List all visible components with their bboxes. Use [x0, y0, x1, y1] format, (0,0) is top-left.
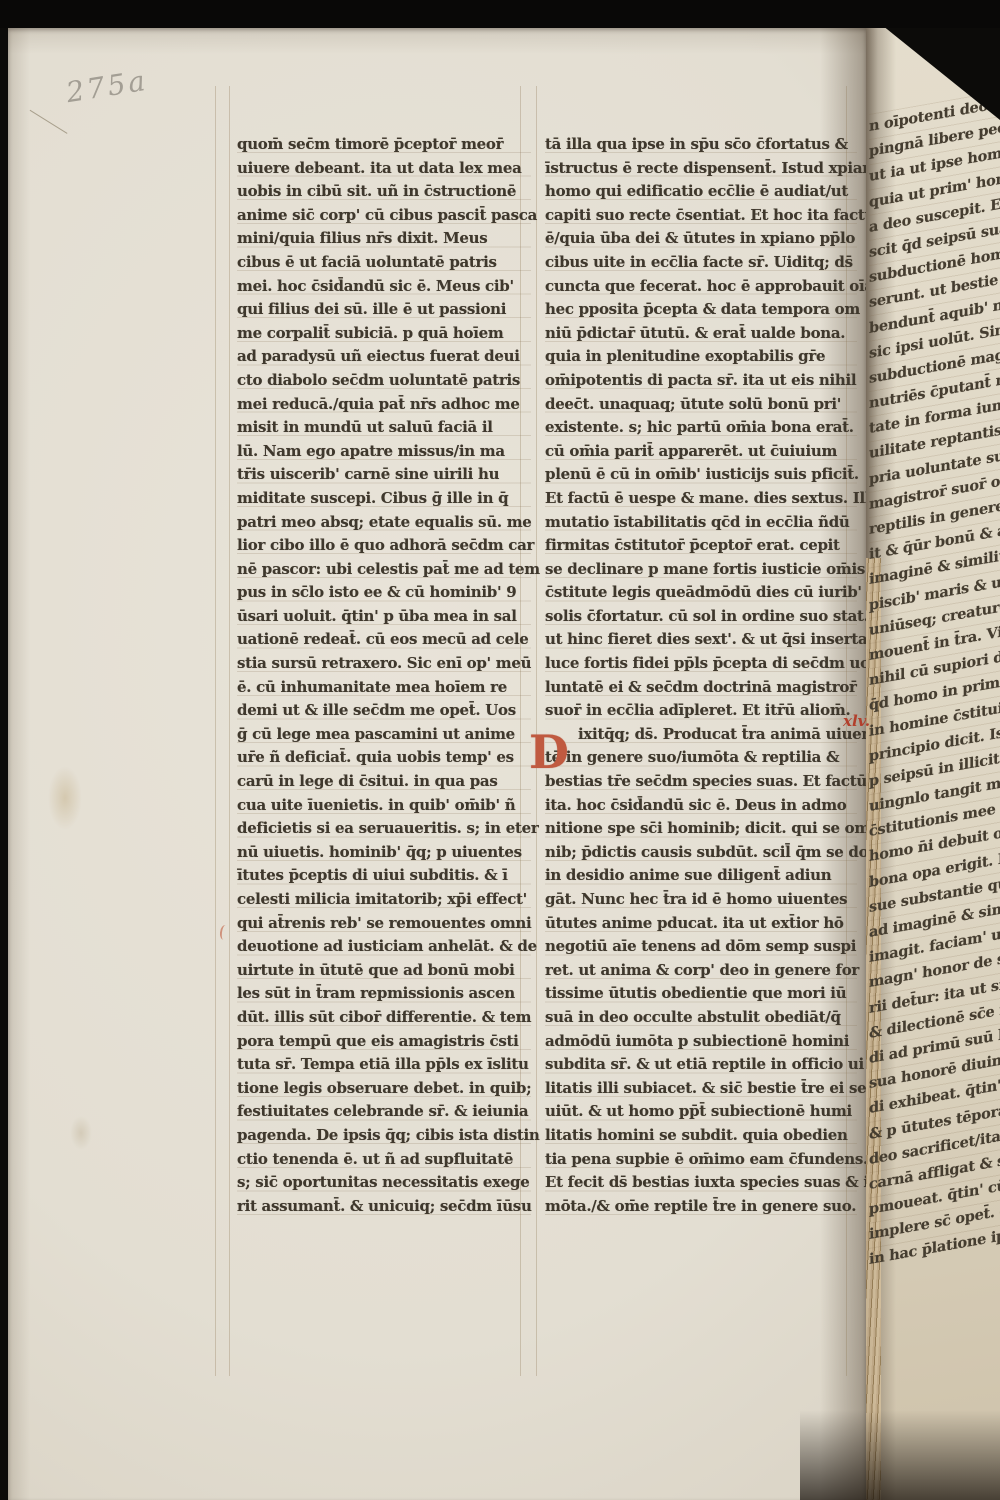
manuscript-line: ctio tenenda ē. ut ñ ad supfluitatē [237, 1148, 531, 1172]
manuscript-line: uationē redeat̄. cū eos mecū ad cele [237, 628, 531, 652]
manuscript-line: luntatē ei & sec̄dm doctrinā magistror̄ [545, 676, 857, 700]
manuscript-line: solis c̄fortatur. cū sol in ordine suo s… [545, 605, 857, 629]
parchment-stain [70, 1116, 92, 1150]
manuscript-line: litatis illi subiacet. & sic̄ bestie t̄r… [545, 1077, 857, 1101]
manuscript-line: demi ut & ille sec̄dm me opet̄. Uos [237, 699, 531, 723]
manuscript-line: dūt. illis sūt cibor̄ differentie. & tem [237, 1006, 531, 1030]
manuscript-line: tuta sr̄. Tempa etiā illa pp̄ls ex īslit… [237, 1053, 531, 1077]
manuscript-line: stia sursū retraxero. Sic enī op' meū [237, 652, 531, 676]
manuscript-line: Et factū ē uespe & mane. dies sextus. Il… [545, 487, 857, 511]
manuscript-line: ur̄e ñ deficiat̄. quia uobis temp' es [237, 746, 531, 770]
manuscript-line: homo qui edificatio ecc̄lie ē audiat/ut [545, 180, 857, 204]
manuscript-line: in desidio anime sue diligent̄ adiun [545, 864, 857, 888]
manuscript-line: tr̄is uiscerib' carnē sine uirili hu [237, 463, 531, 487]
manuscript-line: deec̄t. unaquaq; ūtute solū bonū pri' [545, 393, 857, 417]
manuscript-line: nū uiuetis. hominib' q̄q; p uiuentes [237, 841, 531, 865]
manuscript-line: qui at̄renis reb' se remouentes omni [237, 912, 531, 936]
manuscript-line: lū. Nam ego apatre missus/in ma [237, 440, 531, 464]
manuscript-line: misit in mundū ut saluū faciā il [237, 416, 531, 440]
manuscript-line: cibus uite in ecc̄lia facte sr̄. Uiditq;… [545, 251, 857, 275]
rubricated-initial-d: D [529, 728, 569, 776]
facing-page-edge: n oīpotenti deo in homipingnā libere pec… [866, 28, 1000, 1500]
manuscript-line: me corpalit̄ subiciā. p quā hoīem [237, 322, 531, 346]
manuscript-line: capiti suo recte c̄sentiat. Et hoc ita f… [545, 204, 857, 228]
manuscript-photo: 275a quom̄ sec̄m timorē p̄ceptor̄ meor̄u… [0, 0, 1000, 1500]
manuscript-line: nē pascor: ubi celestis pat̄ me ad tem [237, 558, 531, 582]
manuscript-line: subdita sr̄. & ut etiā reptile in offici… [545, 1053, 857, 1077]
manuscript-line: mei reducā./quia pat̄ nr̄s adhoc me [237, 393, 531, 417]
text-column-left: quom̄ sec̄m timorē p̄ceptor̄ meor̄uiuere… [237, 133, 531, 1218]
manuscript-line: celesti milicia imitatorib; xp̄i effect' [237, 888, 531, 912]
parchment-stain [48, 766, 82, 830]
page-corner-crack [0, 110, 67, 194]
manuscript-line: niū p̄dictar̄ ūtutū. & erat̄ ualde bona. [545, 322, 857, 346]
manuscript-line: quom̄ sec̄m timorē p̄ceptor̄ meor̄ [237, 133, 531, 157]
manuscript-line: qui filius dei sū. ille ē ut passioni [237, 298, 531, 322]
manuscript-line: cuncta que fecerat. hoc ē approbauit oīa [545, 275, 857, 299]
manuscript-line: cibus ē ut faciā uoluntatē patris [237, 251, 531, 275]
manuscript-line: ixitq̄q; ds̄. Producat t̄ra animā uiuen [578, 723, 857, 747]
manuscript-line: pagenda. De ipsis q̄q; cibis ista distin [237, 1124, 531, 1148]
manuscript-line: les sūt in t̄ram repmissionis ascen [237, 982, 531, 1006]
manuscript-line: festiuitates celebrande sr̄. & ieiunia [237, 1100, 531, 1124]
manuscript-line: luce fortis fidei pp̄ls p̄cepta di sec̄d… [545, 652, 857, 676]
manuscript-line: plenū ē cū in om̄ib' iusticijs suis pfic… [545, 463, 857, 487]
manuscript-line: ē. cū inhumanitate mea hoīem re [237, 676, 531, 700]
manuscript-line: litatis homini se subdit. quia obedien [545, 1124, 857, 1148]
manuscript-left-page: 275a quom̄ sec̄m timorē p̄ceptor̄ meor̄u… [8, 28, 866, 1500]
manuscript-line: mutatio īstabilitatis qc̄d in ecc̄lia ñd… [545, 511, 857, 535]
manuscript-line: Et fecit ds̄ bestias iuxta species suas … [545, 1171, 857, 1195]
manuscript-line: s; sic̄ oportunitas necessitatis exege [237, 1171, 531, 1195]
manuscript-line: firmitas c̄stitutor̄ p̄ceptor̄ erat. cep… [545, 534, 857, 558]
manuscript-line: anime sic̄ corp' cū cibus pascit̄ pasca [237, 204, 531, 228]
ruling-line [229, 86, 230, 1376]
backdrop-top-band [0, 0, 1000, 28]
manuscript-line: pus in sc̄lo isto ee & cū hominib' 9 [237, 581, 531, 605]
manuscript-line: quia in plenitudine exoptabilis gr̄e [545, 345, 857, 369]
manuscript-line: pora tempū que eis amagistris c̄sti [237, 1030, 531, 1054]
manuscript-line: nitione spe sc̄i hominib; dicit. qui se … [545, 817, 857, 841]
manuscript-line: patri meo absq; etate equalis sū. me [237, 511, 531, 535]
manuscript-line: suor̄ in ecc̄lia adīpleret. Et itr̄ū ali… [545, 699, 857, 723]
manuscript-line: ita. hoc c̄sid̄andū sic ē. Deus in admo [545, 794, 857, 818]
manuscript-line: cua uite īuenietis. in quib' om̄ib' ñ [237, 794, 531, 818]
manuscript-line: hec pposita p̄cepta & data tempora om [545, 298, 857, 322]
manuscript-line: mōta./& om̄e reptile t̄re in genere suo. [545, 1195, 857, 1219]
manuscript-line: miditate suscepi. Cibus ḡ ille in q̄ [237, 487, 531, 511]
manuscript-line: ūsari uoluit. q̄tin' p ūba mea in sal [237, 605, 531, 629]
manuscript-line: cto diabolo sec̄dm uoluntatē patris [237, 369, 531, 393]
manuscript-line: existente. s; hic partū om̄ia bona erat̄… [545, 416, 857, 440]
manuscript-line: ūtutes anime pducat. ita ut ext̄ior hō [545, 912, 857, 936]
page-bottom-shadow [800, 1410, 1000, 1500]
manuscript-line: c̄stitute legis queādmōdū dies cū iurib' [545, 581, 857, 605]
text-column-right: tā illa qua ipse in sp̄u sc̄o c̄fortatus… [545, 133, 857, 1218]
folio-number: 275a [64, 64, 150, 109]
manuscript-line: uiuere debeant. ita ut data lex mea [237, 157, 531, 181]
manuscript-line: se declinare p mane fortis iusticie om̄i… [545, 558, 857, 582]
ruling-line [215, 86, 216, 1376]
manuscript-line: tē in genere suo/iumōta & reptilia & [545, 746, 857, 770]
manuscript-line: īstructus ē recte dispensent̄. Istud xpi… [545, 157, 857, 181]
manuscript-line: ḡ cū lege mea pascamini ut anime [237, 723, 531, 747]
manuscript-line: ut hinc fieret dies sext'. & ut q̄si ins… [545, 628, 857, 652]
manuscript-line: om̄ipotentis di pacta sr̄. ita ut eis ni… [545, 369, 857, 393]
manuscript-line: lior cibo illo ē quo adhorā sec̄dm car [237, 534, 531, 558]
manuscript-line: rit assumant̄. & unicuiq; sec̄dm īūsu [237, 1195, 531, 1219]
manuscript-line: bestias tr̄e sec̄dm species suas. Et fac… [545, 770, 857, 794]
chapter-number-rubric: xlv. [843, 712, 870, 730]
manuscript-line: tissime ūtutis obedientie que mori iū [545, 982, 857, 1006]
manuscript-line: admōdū iumōta p subiectionē homini [545, 1030, 857, 1054]
manuscript-line: ad paradysū uñ eiectus fuerat deui [237, 345, 531, 369]
facing-page-text: n oīpotenti deo in homipingnā libere pec… [869, 68, 1000, 1272]
manuscript-line: ē/quia ūba dei & ūtutes in xpiano pp̄lo [545, 227, 857, 251]
manuscript-line: ītutes p̄ceptis di uiui subditis. & ī [237, 864, 531, 888]
manuscript-line: tā illa qua ipse in sp̄u sc̄o c̄fortatus… [545, 133, 857, 157]
manuscript-line: tione legis obseruare debet. in quib; [237, 1077, 531, 1101]
manuscript-line: gāt. Nunc hec t̄ra id ē homo uiuentes [545, 888, 857, 912]
manuscript-line: deuotione ad iusticiam anhelāt. & de [237, 935, 531, 959]
manuscript-line: deficietis si ea seruaueritis. s; in ete… [237, 817, 531, 841]
manuscript-line: uirtute in ūtutē que ad bonū mobi [237, 959, 531, 983]
manuscript-line: ret. ut anima & corp' deo in genere for [545, 959, 857, 983]
manuscript-line: suā in deo occulte abstulit obediāt/q̄ [545, 1006, 857, 1030]
manuscript-line: cū om̄ia parit̄ apparerēt. ut c̄uiuium [545, 440, 857, 464]
manuscript-line: negotiū aīe tenens ad dōm semp suspi [545, 935, 857, 959]
manuscript-line: carū in lege di c̄situi. in qua pas [237, 770, 531, 794]
manuscript-line: uobis in cibū sit. uñ in c̄structionē [237, 180, 531, 204]
manuscript-line: tia pena supbie ē om̄imo eam c̄fundens. [545, 1148, 857, 1172]
manuscript-line: mei. hoc c̄sid̄andū sic ē. Meus cib' [237, 275, 531, 299]
manuscript-line: uiūt. & ut homo pp̄t̄ subiectionē humi [545, 1100, 857, 1124]
manuscript-line: nib; p̄dictis causis subdūt. scil̄ q̄m s… [545, 841, 857, 865]
manuscript-line: mini/quia filius nr̄s dixit. Meus [237, 227, 531, 251]
